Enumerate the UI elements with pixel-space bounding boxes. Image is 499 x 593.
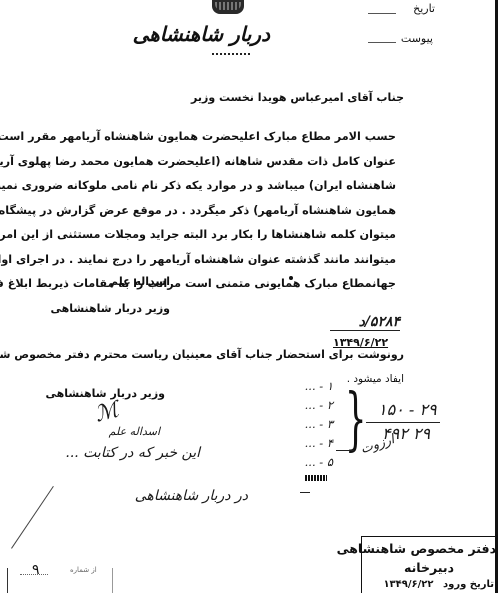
distribution-item: ۳ - ... <box>215 415 333 434</box>
handwritten-signatory-name: اسداله علم <box>80 425 160 438</box>
reference-number: ۵۲۸۴/د <box>330 314 400 331</box>
body-line: عنوان کامل ذات مقدس شاهانه (اعلیحضرت هما… <box>50 150 396 175</box>
ink-dot <box>289 276 293 280</box>
crown-emblem-icon <box>212 0 244 14</box>
bracket-connector <box>336 450 354 451</box>
handwritten-margin-note: این خبر که در کتابت ... <box>10 445 200 461</box>
handwritten-bottom-note: در دربار شاهنشاهی <box>168 488 248 504</box>
fraction-numerator: ۱۵۰ - ۲۹ <box>378 400 437 419</box>
page-edge-border <box>495 0 498 593</box>
date-field-line <box>368 13 396 14</box>
stamp-office: دفتر مخصوص شاهنشاهی <box>362 541 496 556</box>
registry-number-label: از شماره <box>70 566 97 574</box>
body-line: حسب الامر مطاع مبارک اعلیحضرت همایون شاه… <box>50 125 396 150</box>
registry-dotted-line <box>20 574 48 575</box>
body-line: همایون شاهنشاه آریامهر) ذکر میگردد . در … <box>50 199 396 224</box>
signatory-title: وزیر دربار شاهنشاهی <box>60 302 170 315</box>
signature-scribble: ℳ <box>92 397 121 427</box>
recipient-line: جناب آقای امیرعباس هویدا نخست وزیر <box>240 86 404 111</box>
distribution-item: ۲ - ... <box>215 396 333 415</box>
body-line: میتوان کلمه شاهنشاها را بکار برد البته ج… <box>50 223 396 248</box>
letterhead-divider <box>212 53 250 55</box>
distribution-item: ۱ - ... <box>215 377 333 396</box>
distribution-item: ۴ - ... <box>215 434 333 453</box>
stamp-secretariat: دبیرخانه <box>362 560 496 575</box>
registry-number-box: ۹ از شماره <box>7 568 113 593</box>
signatory-name: اسداله علم <box>90 275 170 288</box>
distribution-item: ۵ - ... <box>215 453 333 472</box>
fraction-bar <box>366 422 440 423</box>
body-line: میتوانند مانند گذشته عنوان شاهنشاه آریام… <box>50 248 396 273</box>
registry-stamp: دفتر مخصوص شاهنشاهی دبیرخانه تاریخ ورود … <box>361 536 496 593</box>
copy-note-line1: رونوشت برای استحضار جناب آقای معینیان ری… <box>48 348 404 361</box>
ink-dash <box>300 492 310 493</box>
fraction-denominator: ۴۹۲ ۲۹ <box>382 424 430 443</box>
registry-number-value: ۹ <box>32 562 40 578</box>
letter-body: حسب الامر مطاع مبارک اعلیحضرت همایون شاه… <box>50 125 396 297</box>
ink-scribble-mark <box>305 475 327 481</box>
attachment-field-line <box>368 42 396 43</box>
pen-stroke-line <box>11 486 54 549</box>
date-label: تاریخ <box>395 2 435 15</box>
handwritten-distribution-list: ۱ - ... ۲ - ... ۳ - ... ۴ - ... ۵ - ... <box>215 377 333 472</box>
stamp-entry-date-row: تاریخ ورود ۱۳۴۹/۶/۲۲ <box>362 579 496 590</box>
body-line: شاهنشاه ایران) میباشد و در موارد یکه ذکر… <box>50 174 396 199</box>
letterhead-title: دربار شاهنشاهی <box>190 22 270 46</box>
stamp-entry-date-label: تاریخ ورود <box>443 579 494 590</box>
stamp-entry-date: ۱۳۴۹/۶/۲۲ <box>383 579 433 590</box>
attachment-label: پیوست <box>395 32 433 45</box>
